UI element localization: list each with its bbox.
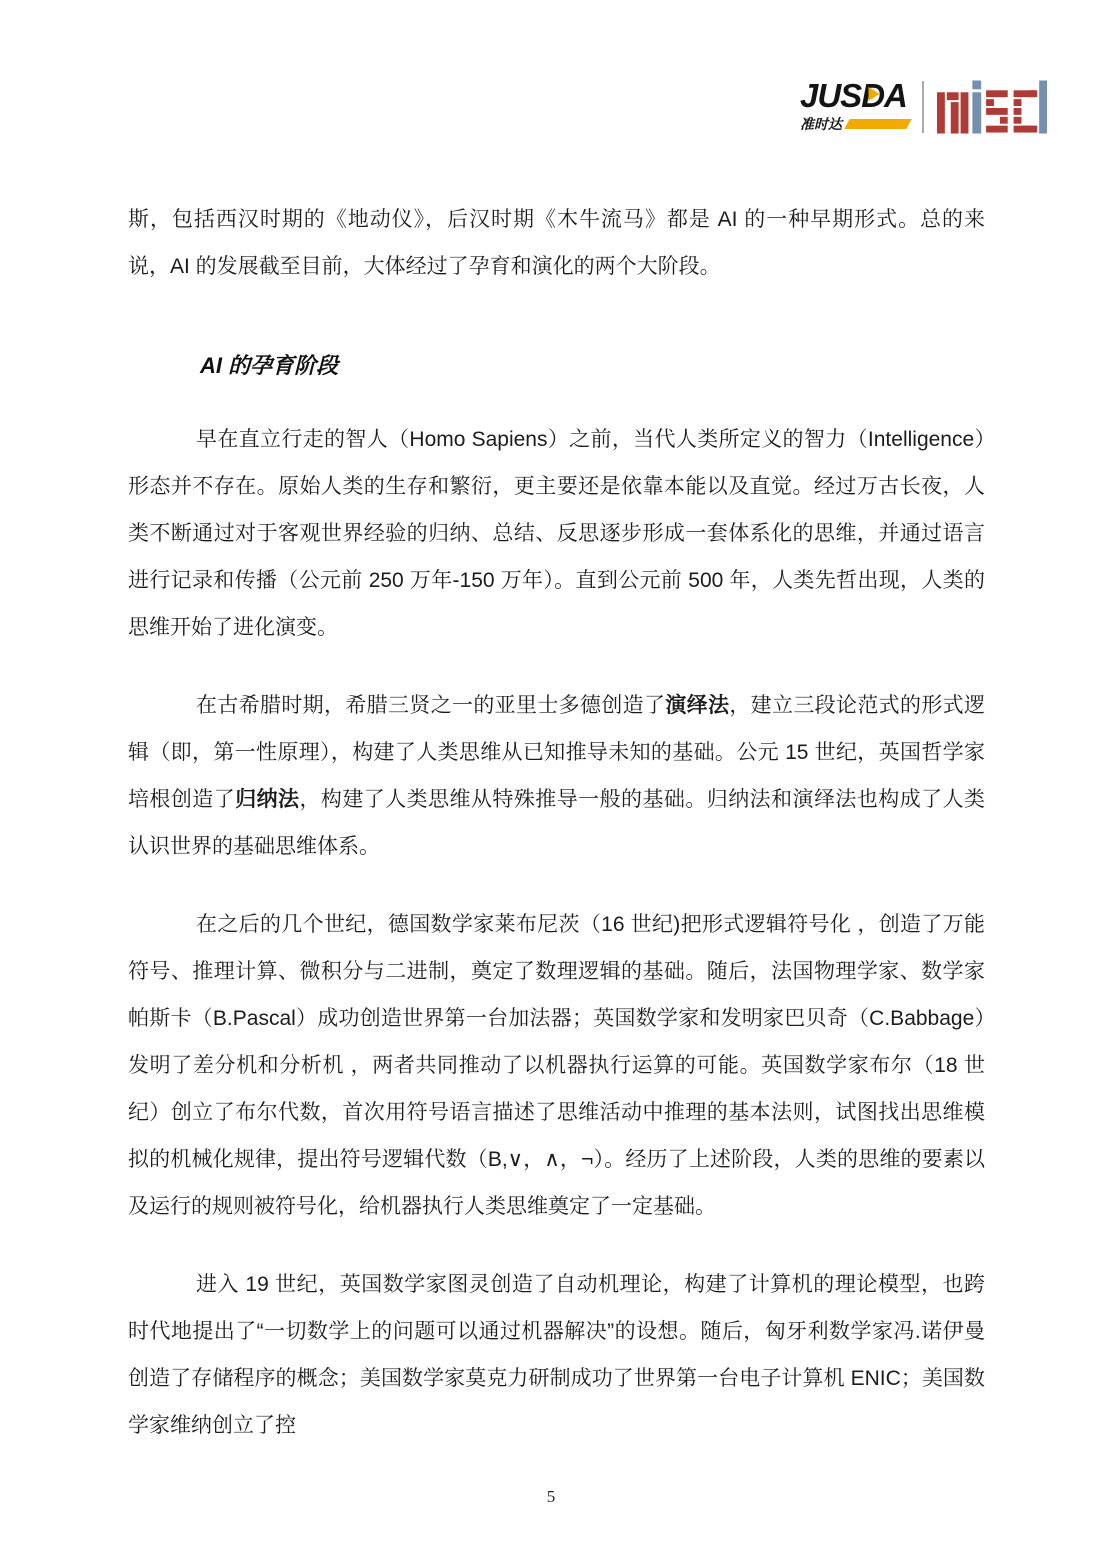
section-heading: AI 的孕育阶段	[128, 352, 985, 380]
paragraph: 斯，包括西汉时期的《地动仪》，后汉时期《木牛流马》都是 AI 的一种早期形式。总…	[128, 196, 985, 290]
text-run: AI 的孕育阶段	[200, 353, 338, 378]
paragraph: 在古希腊时期，希腊三贤之一的亚里士多德创造了演绎法，建立三段论范式的形式逻辑（即…	[128, 682, 985, 870]
bold-term: 归纳法	[235, 788, 299, 811]
jusda-wordmark-part3: A	[884, 81, 907, 111]
text-run: 在之后的几个世纪，德国数学家莱布尼茨（16 世纪)把形式逻辑符号化 ，创造了万能…	[128, 913, 985, 1218]
jusda-wordmark: JUSDA	[800, 81, 907, 111]
header-logos: JUSDA 准时达	[800, 80, 1047, 134]
jusda-arrow-icon	[868, 87, 879, 101]
jusda-wordmark-part1: JUS	[800, 81, 861, 111]
paragraph: 在之后的几个世纪，德国数学家莱布尼茨（16 世纪)把形式逻辑符号化 ，创造了万能…	[128, 901, 985, 1230]
jusda-wordmark-d: D	[861, 81, 884, 111]
paragraph: 进入 19 世纪，英国数学家图灵创造了自动机理论，构建了计算机的理论模型，也跨时…	[128, 1261, 985, 1449]
jusda-subtitle-row: 准时达	[800, 114, 909, 134]
jusda-underline-bar	[844, 119, 911, 129]
jusda-subtitle: 准时达	[800, 114, 842, 134]
text-run: 在古希腊时期，希腊三贤之一的亚里士多德创造了	[196, 694, 665, 717]
pixel-wordmark-logo-icon	[937, 80, 1047, 134]
text-run: 进入 19 世纪，英国数学家图灵创造了自动机理论，构建了计算机的理论模型，也跨时…	[128, 1273, 985, 1437]
text-run: 早在直立行走的智人（Homo Sapiens）之前，当代人类所定义的智力（Int…	[128, 428, 985, 639]
jusda-logo: JUSDA 准时达	[800, 81, 909, 134]
logo-divider	[922, 81, 924, 133]
document-body: 斯，包括西汉时期的《地动仪》，后汉时期《木牛流马》都是 AI 的一种早期形式。总…	[128, 196, 985, 1480]
text-run: 斯，包括西汉时期的《地动仪》，后汉时期《木牛流马》都是 AI 的一种早期形式。总…	[128, 208, 985, 278]
paragraph: 早在直立行走的智人（Homo Sapiens）之前，当代人类所定义的智力（Int…	[128, 416, 985, 651]
page-footer: 5	[0, 1487, 1102, 1507]
page-number: 5	[547, 1487, 556, 1506]
document-page: JUSDA 准时达	[0, 0, 1102, 1559]
bold-term: 演绎法	[665, 694, 729, 717]
